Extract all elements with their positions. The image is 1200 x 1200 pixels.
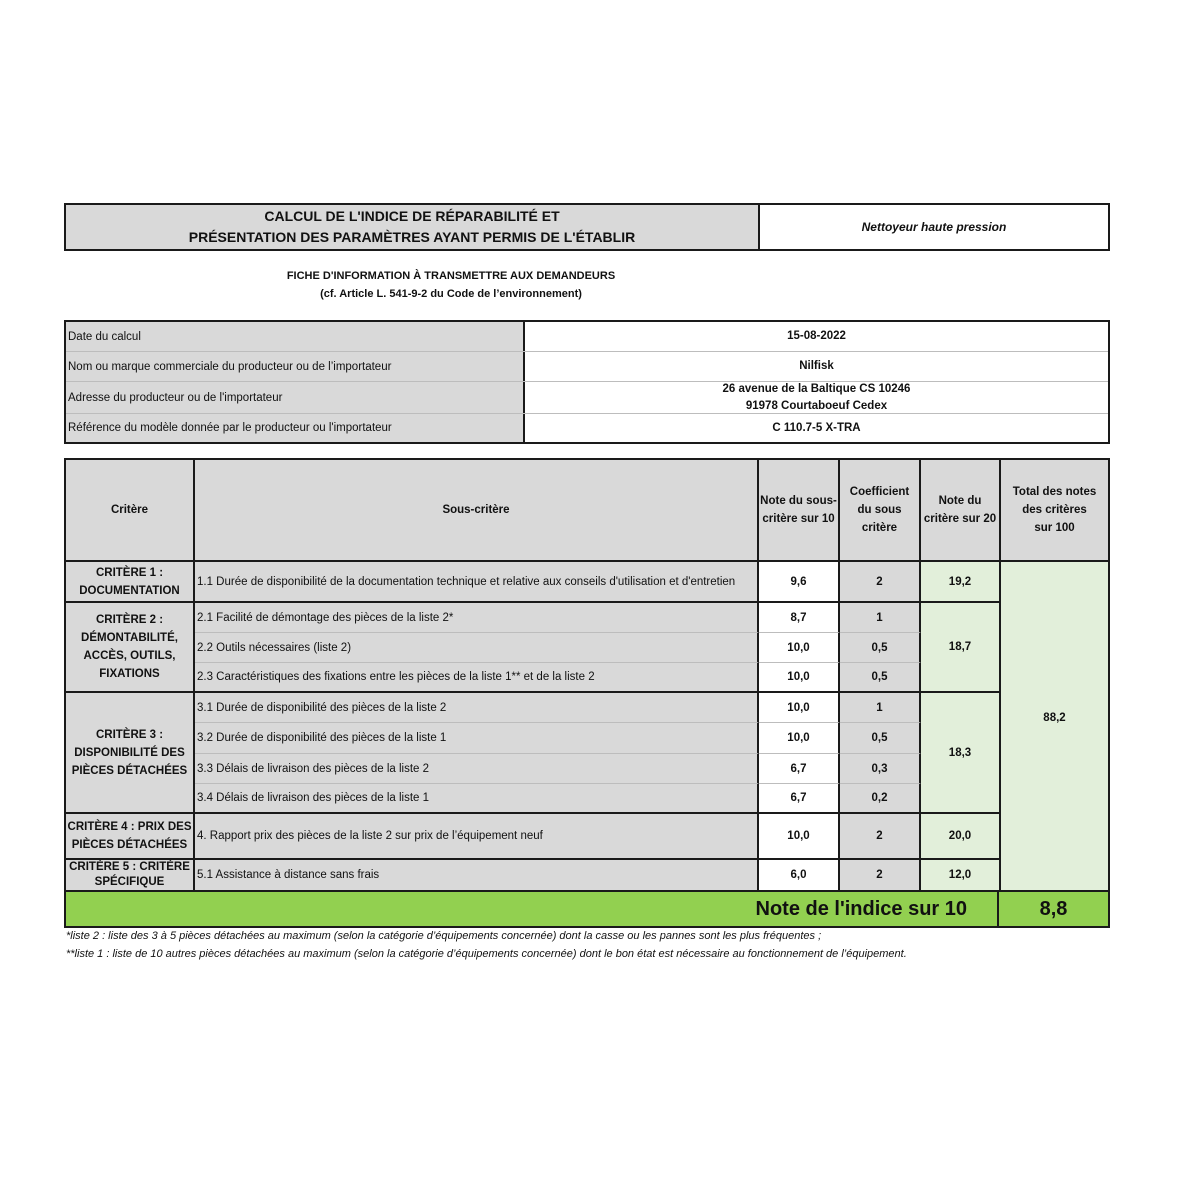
sub-criterion-coefficient: 0,5 (840, 663, 921, 693)
sub-criterion-note: 10,0 (759, 814, 840, 860)
text-line: SPÉCIFIQUE (95, 875, 165, 890)
criterion-label-1: CRITÈRE 1 :DOCUMENTATION (66, 562, 195, 603)
criterion-label-5: CRITÈRE 5 : CRITÈRESPÉCIFIQUE (66, 860, 195, 890)
text-line: FIXATIONS (99, 665, 159, 683)
sub-criterion-coefficient: 2 (840, 562, 921, 603)
sub-criterion-label: 2.1 Facilité de démontage des pièces de … (195, 603, 759, 633)
footnote-liste-2: *liste 2 : liste des 3 à 5 pièces détach… (66, 927, 907, 945)
text-line: Total des notes (1013, 483, 1097, 501)
text-line: critère sur 10 (762, 510, 834, 528)
text-line: CRITÈRE 4 : PRIX DES (68, 818, 192, 836)
subtitle: FICHE D'INFORMATION À TRANSMETTRE AUX DE… (64, 267, 838, 303)
text-line: ACCÈS, OUTILS, (83, 647, 175, 665)
sub-criterion-label: 3.1 Durée de disponibilité des pièces de… (195, 693, 759, 723)
info-value: C 110.7-5 X-TRA (525, 414, 1108, 442)
text-line: critère sur 20 (924, 510, 996, 528)
info-label: Référence du modèle donnée par le produc… (66, 414, 525, 442)
criterion-score: 18,3 (921, 693, 1001, 814)
sub-criterion-label: 3.3 Délais de livraison des pièces de la… (195, 754, 759, 784)
title-line-1: CALCUL DE L'INDICE DE RÉPARABILITÉ ET (264, 206, 559, 227)
info-value-line: 15-08-2022 (787, 328, 846, 345)
footnotes: *liste 2 : liste des 3 à 5 pièces détach… (66, 927, 907, 963)
text-line: DÉMONTABILITÉ, (81, 629, 178, 647)
index-row: Note de l'indice sur 10 8,8 (66, 890, 1108, 926)
sub-criterion-note: 8,7 (759, 603, 840, 633)
score-grid: CritèreSous-critèreNote du sous-critère … (66, 460, 1108, 890)
sub-criterion-coefficient: 1 (840, 603, 921, 633)
sub-criterion-note: 6,0 (759, 860, 840, 890)
sub-criterion-note: 6,7 (759, 784, 840, 814)
sub-criterion-note: 10,0 (759, 723, 840, 754)
header-note-sous-critere: Note du sous-critère sur 10 (759, 460, 840, 562)
criterion-score: 12,0 (921, 860, 1001, 890)
sub-criterion-coefficient: 0,2 (840, 784, 921, 814)
info-row: Nom ou marque commerciale du producteur … (66, 352, 1108, 382)
info-label: Nom ou marque commerciale du producteur … (66, 352, 525, 381)
info-value: 26 avenue de la Baltique CS 1024691978 C… (525, 382, 1108, 413)
header-sous-critere: Sous-critère (195, 460, 759, 562)
document-title: CALCUL DE L'INDICE DE RÉPARABILITÉ ET PR… (66, 205, 760, 249)
product-type: Nettoyeur haute pression (760, 205, 1108, 249)
sub-criterion-coefficient: 0,5 (840, 633, 921, 663)
info-value-line: C 110.7-5 X-TRA (772, 420, 860, 437)
score-table: CritèreSous-critèreNote du sous-critère … (64, 458, 1110, 928)
sub-criterion-label: 3.2 Durée de disponibilité des pièces de… (195, 723, 759, 754)
sub-criterion-note: 6,7 (759, 754, 840, 784)
sub-criterion-note: 10,0 (759, 633, 840, 663)
title-box: CALCUL DE L'INDICE DE RÉPARABILITÉ ET PR… (64, 203, 1110, 251)
text-line: CRITÈRE 5 : CRITÈRE (69, 860, 190, 875)
criterion-score: 20,0 (921, 814, 1001, 860)
info-row: Référence du modèle donnée par le produc… (66, 414, 1108, 442)
text-line: CRITÈRE 2 : (96, 611, 163, 629)
header-coefficient: Coefficientdu souscritère (840, 460, 921, 562)
subtitle-line-1: FICHE D'INFORMATION À TRANSMETTRE AUX DE… (64, 267, 838, 285)
criterion-label-3: CRITÈRE 3 :DISPONIBILITÉ DESPIÈCES DÉTAC… (66, 693, 195, 814)
sub-criterion-coefficient: 0,3 (840, 754, 921, 784)
info-row: Adresse du producteur ou de l'importateu… (66, 382, 1108, 414)
subtitle-line-2: (cf. Article L. 541-9-2 du Code de l’env… (64, 285, 838, 303)
text-line: PIÈCES DÉTACHÉES (72, 836, 187, 854)
sub-criterion-label: 2.3 Caractéristiques des fixations entre… (195, 663, 759, 693)
info-value-line: Nilfisk (799, 358, 834, 375)
sub-criterion-note: 9,6 (759, 562, 840, 603)
text-line: sur 100 (1034, 519, 1074, 537)
text-line: CRITÈRE 1 : (96, 564, 163, 582)
text-line: PIÈCES DÉTACHÉES (72, 762, 187, 780)
text-line: des critères (1022, 501, 1087, 519)
info-table: Date du calcul15-08-2022Nom ou marque co… (64, 320, 1110, 444)
total-score-100: 88,2 (1001, 562, 1108, 890)
header-critere: Critère (66, 460, 195, 562)
text-line: critère (862, 519, 897, 537)
sub-criterion-label: 4. Rapport prix des pièces de la liste 2… (195, 814, 759, 860)
text-line: DISPONIBILITÉ DES (74, 744, 185, 762)
header-note-critere: Note ducritère sur 20 (921, 460, 1001, 562)
info-value-line: 91978 Courtaboeuf Cedex (746, 398, 887, 415)
text-line: Note du (939, 492, 982, 510)
text-line: CRITÈRE 3 : (96, 726, 163, 744)
text-line: du sous (857, 501, 901, 519)
sub-criterion-note: 10,0 (759, 693, 840, 723)
header-total: Total des notesdes critèressur 100 (1001, 460, 1108, 562)
sub-criterion-coefficient: 2 (840, 860, 921, 890)
criterion-score: 18,7 (921, 603, 1001, 693)
sub-criterion-label: 5.1 Assistance à distance sans frais (195, 860, 759, 890)
criterion-label-2: CRITÈRE 2 :DÉMONTABILITÉ,ACCÈS, OUTILS,F… (66, 603, 195, 693)
text-line: Note du sous- (760, 492, 837, 510)
index-value: 8,8 (999, 892, 1108, 926)
info-label: Date du calcul (66, 322, 525, 351)
sub-criterion-note: 10,0 (759, 663, 840, 693)
info-value-line: 26 avenue de la Baltique CS 10246 (723, 381, 911, 398)
info-row: Date du calcul15-08-2022 (66, 322, 1108, 352)
text-line: DOCUMENTATION (79, 582, 180, 600)
sub-criterion-coefficient: 0,5 (840, 723, 921, 754)
sub-criterion-coefficient: 2 (840, 814, 921, 860)
sub-criterion-label: 2.2 Outils nécessaires (liste 2) (195, 633, 759, 663)
info-value: Nilfisk (525, 352, 1108, 381)
info-label: Adresse du producteur ou de l'importateu… (66, 382, 525, 413)
title-line-2: PRÉSENTATION DES PARAMÈTRES AYANT PERMIS… (189, 227, 635, 248)
sub-criterion-coefficient: 1 (840, 693, 921, 723)
criterion-label-4: CRITÈRE 4 : PRIX DESPIÈCES DÉTACHÉES (66, 814, 195, 860)
criterion-score: 19,2 (921, 562, 1001, 603)
index-label: Note de l'indice sur 10 (66, 892, 999, 926)
sub-criterion-label: 1.1 Durée de disponibilité de la documen… (195, 562, 759, 603)
sub-criterion-label: 3.4 Délais de livraison des pièces de la… (195, 784, 759, 814)
text-line: Coefficient (850, 483, 909, 501)
info-value: 15-08-2022 (525, 322, 1108, 351)
footnote-liste-1: **liste 1 : liste de 10 autres pièces dé… (66, 945, 907, 963)
